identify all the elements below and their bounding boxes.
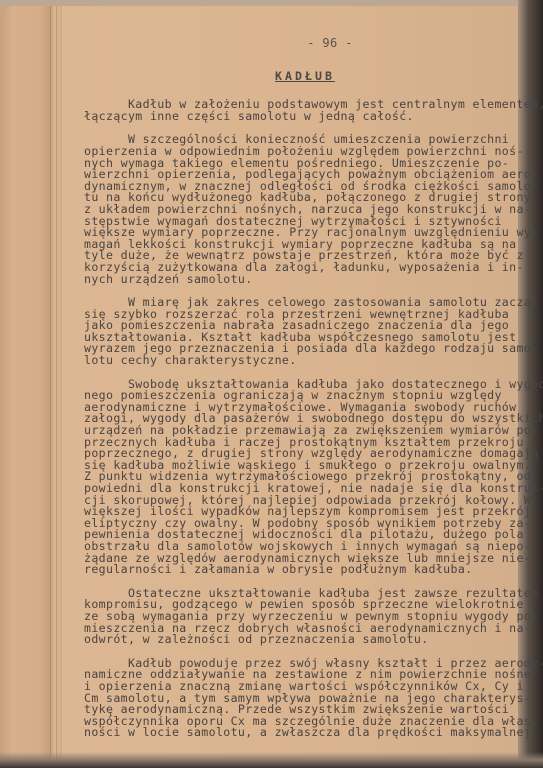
paragraph: W szczególności konieczność umieszczenia… bbox=[84, 134, 516, 285]
text-line: regularności i załamania w obrysie podłu… bbox=[84, 564, 516, 576]
section-heading: KADŁUB bbox=[84, 71, 516, 83]
text-line: ności w locie samolotu, a zwłaszcza dla … bbox=[84, 727, 516, 739]
paragraph: Ostateczne ukształtowanie kadłuba jest z… bbox=[84, 588, 516, 646]
text-line: odwrót, w zależności od przeznaczenia sa… bbox=[84, 634, 516, 646]
spine-crease bbox=[56, 6, 57, 768]
bottom-page-edge bbox=[0, 752, 543, 768]
text-line: lotu cechy charakterystyczne. bbox=[84, 355, 516, 367]
body-text: Kadłub w założeniu podstawowym jest cent… bbox=[84, 99, 516, 739]
paragraph: Kadłub w założeniu podstawowym jest cent… bbox=[84, 99, 516, 122]
binding-spine bbox=[0, 6, 62, 768]
paragraph: Kadłub powoduje przez swój własny kształ… bbox=[84, 658, 516, 739]
text-line: łączącym inne części samolotu w jedną ca… bbox=[84, 111, 516, 123]
typewritten-text: - 96 - KADŁUB Kadłub w założeniu podstaw… bbox=[84, 38, 516, 751]
scanned-page: - 96 - KADŁUB Kadłub w założeniu podstaw… bbox=[0, 0, 543, 768]
text-line: nych urządzeń samolotu. bbox=[84, 274, 516, 286]
page-number: - 96 - bbox=[84, 38, 516, 50]
paragraph: W miarę jak zakres celowego zastosowania… bbox=[84, 297, 516, 367]
spine-crease bbox=[50, 6, 51, 768]
paragraph: Swobodę ukształtowania kadłuba jako dost… bbox=[84, 379, 516, 576]
